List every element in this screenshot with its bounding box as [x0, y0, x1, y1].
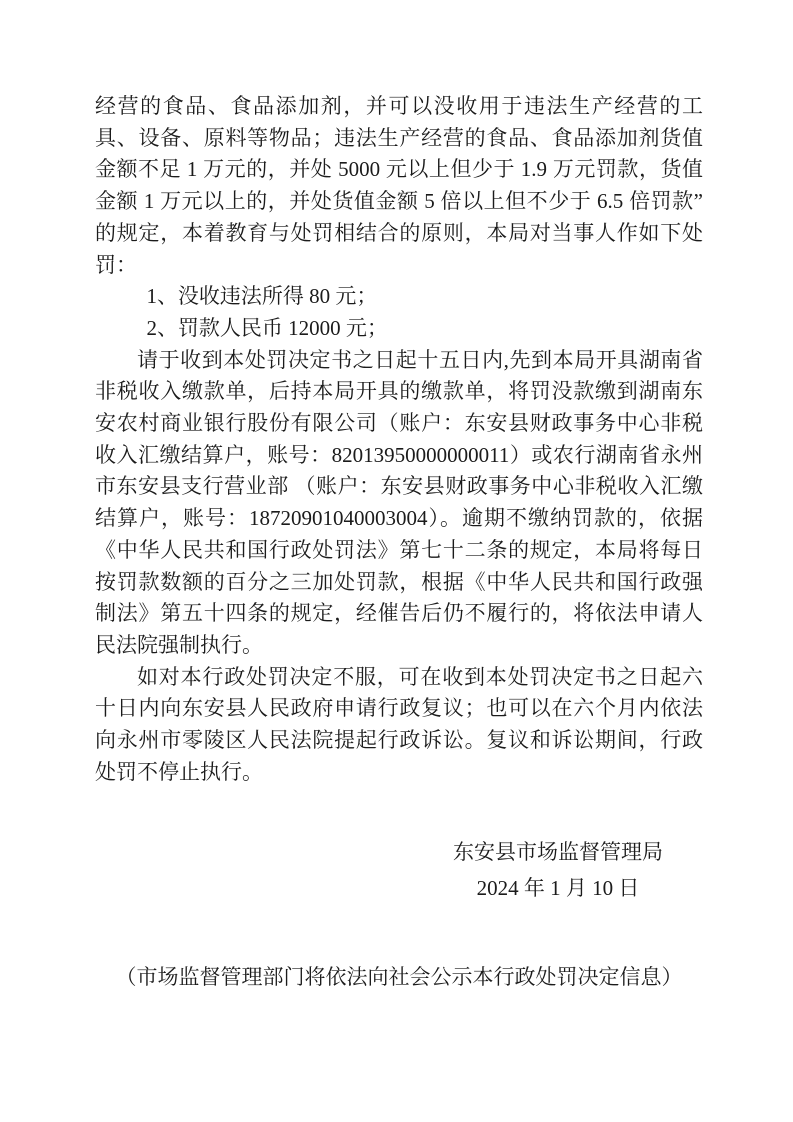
- signature-inner: 东安县市场监督管理局 2024 年 1 月 10 日: [453, 834, 663, 906]
- penalty-item-fine: 2、罚款人民币 12000 元；: [95, 313, 703, 345]
- signature-block: 东安县市场监督管理局 2024 年 1 月 10 日: [95, 834, 703, 906]
- decision-date: 2024 年 1 月 10 日: [453, 870, 663, 906]
- footer-disclosure-note: （市场监督管理部门将依法向社会公示本行政处罚决定信息）: [95, 962, 703, 994]
- paragraph-appeal-rights: 如对本行政处罚决定不服，可在收到本处罚决定书之日起六十日内向东安县人民政府申请行…: [95, 662, 703, 789]
- document-body: 经营的食品、食品添加剂，并可以没收用于违法生产经营的工具、设备、原料等物品；违法…: [95, 91, 703, 788]
- document-page: 经营的食品、食品添加剂，并可以没收用于违法生产经营的工具、设备、原料等物品；违法…: [0, 0, 793, 1122]
- issuing-authority: 东安县市场监督管理局: [453, 834, 663, 870]
- paragraph-payment-instructions: 请于收到本处罚决定书之日起十五日内,先到本局开具湖南省非税收入缴款单，后持本局开…: [95, 345, 703, 662]
- paragraph-penalty-legal-basis: 经营的食品、食品添加剂，并可以没收用于违法生产经营的工具、设备、原料等物品；违法…: [95, 91, 703, 281]
- penalty-item-confiscation: 1、没收违法所得 80 元；: [95, 281, 703, 313]
